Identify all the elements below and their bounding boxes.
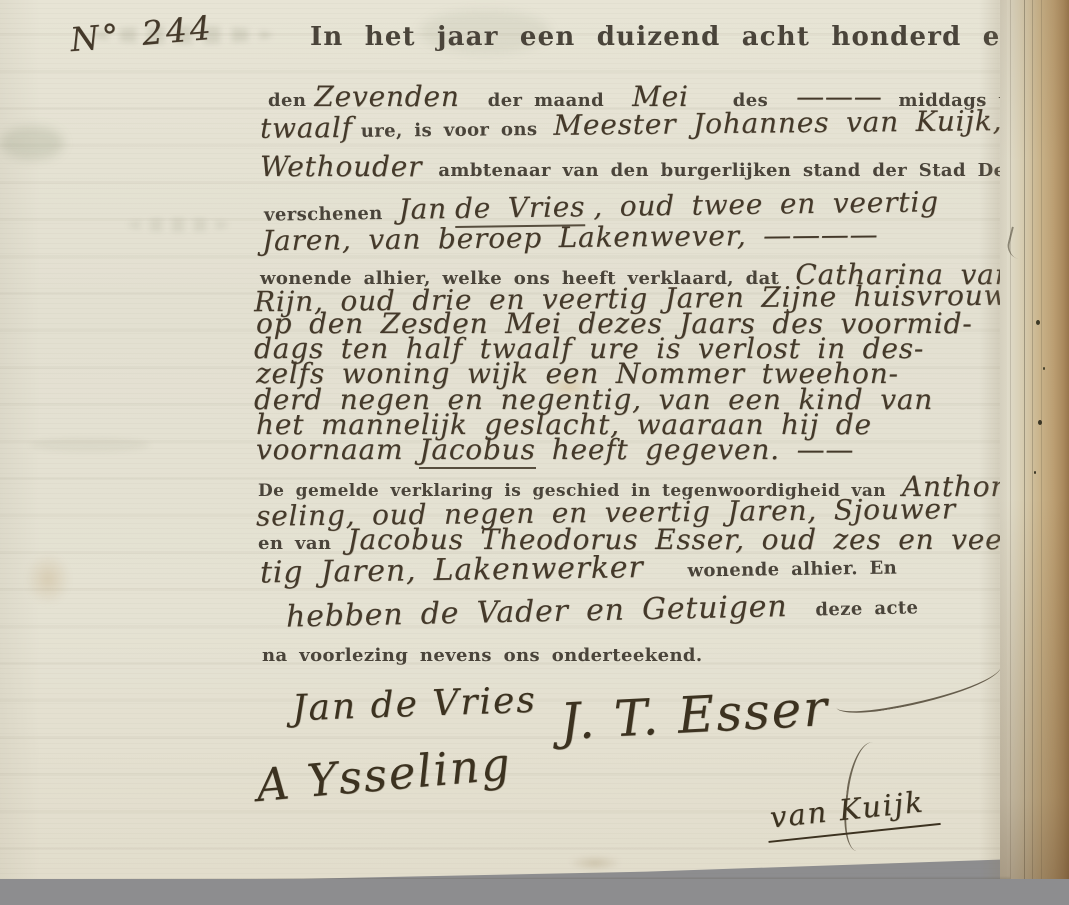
print-segment: en van [258, 533, 331, 554]
handwritten-text: heeft gegeven. —— [552, 433, 855, 466]
page-edge-line [1041, 0, 1042, 905]
print-segment: den [268, 90, 306, 111]
print-segment: wonende alhier. En [687, 558, 897, 582]
print-segment: ambtenaar van den burgerlijken stand der… [438, 160, 1036, 181]
print-segment: na voorlezing nevens ons onderteekend. [262, 645, 703, 666]
line-official-title: Wethouder ambtenaar van den burgerlijken… [260, 150, 1036, 183]
scanner-background [0, 879, 1069, 905]
page-edge-line [1024, 0, 1025, 905]
handwritten-title: Wethouder [260, 150, 422, 183]
handwritten-official-name: Meester Johannes van Kuijk, [553, 104, 1002, 142]
handwritten-text: voornaam [256, 433, 403, 466]
print-segment: ure, is voor ons [361, 119, 538, 142]
print-segment: deze acte [815, 597, 918, 620]
handwritten-childname-underlined: Jacobus [419, 433, 535, 469]
line-closing: na voorlezing nevens ons onderteekend. [262, 645, 703, 666]
handwritten-firstname: Jan [398, 192, 447, 226]
page-edge-line [1010, 0, 1011, 905]
handwritten-age: , oud twee en veertig [593, 185, 939, 223]
handwritten-text: tig Jaren, Lakenwerker [260, 550, 644, 590]
page-fold-shadow [979, 0, 1007, 884]
line-child-name: voornaam Jacobus heeft gegeven. —— [256, 433, 854, 469]
year-header-text: In het jaar een duizend acht honderd een… [310, 22, 1069, 52]
year-header: In het jaar een duizend acht honderd een… [310, 22, 1069, 52]
signature-father: Jan de Vries [291, 680, 537, 730]
page-edge-line [1032, 0, 1033, 905]
handwritten-profession: Jaren, van beroep Lakenwever, ———— [262, 218, 879, 257]
handwritten-hour: twaalf [260, 111, 353, 145]
line-profession: Jaren, van beroep Lakenwever, ———— [262, 218, 879, 257]
handwritten-day: Zevenden [314, 80, 459, 113]
ink-specks [1036, 320, 1040, 325]
book-page-edges [1000, 0, 1069, 905]
birth-certificate-scan: N° 244 In het jaar een duizend acht hond… [0, 0, 1069, 905]
